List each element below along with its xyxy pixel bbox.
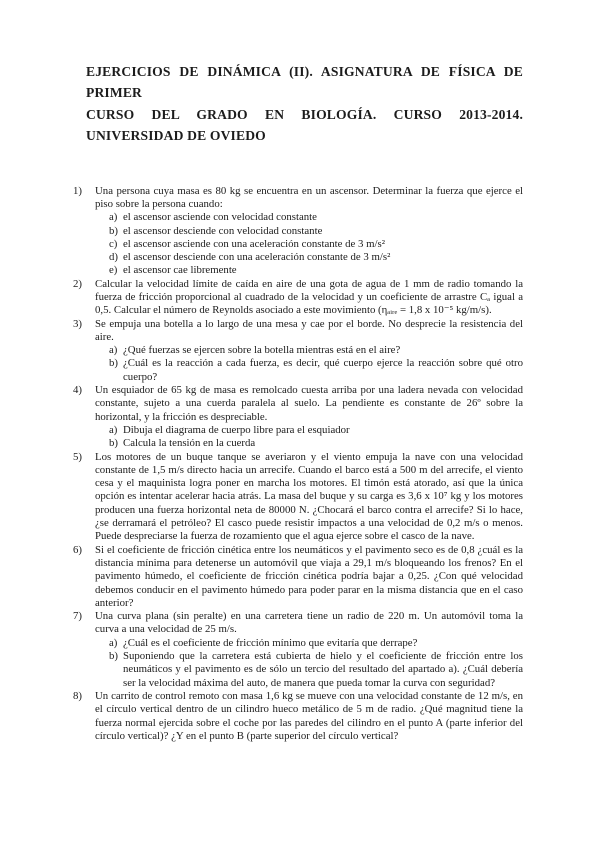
- problem-8: 8) Un carrito de control remoto con masa…: [73, 690, 523, 743]
- subitem-b: b) Calcula la tensión en la cuerda: [109, 437, 523, 450]
- problem-subitems: a) ¿Qué fuerzas se ejercen sobre la bote…: [95, 344, 523, 384]
- problem-subitems: a) ¿Cuál es el coeficiente de fricción m…: [95, 637, 523, 690]
- subitem-label: b): [109, 650, 118, 663]
- document-page: EJERCICIOS DE DINÁMICA (II). ASIGNATURA …: [0, 0, 599, 848]
- problem-subitems: a) el ascensor asciende con velocidad co…: [95, 211, 523, 277]
- subitem-text: el ascensor desciende con velocidad cons…: [123, 225, 523, 238]
- subitem-a: a) el ascensor asciende con velocidad co…: [109, 211, 523, 224]
- problem-number: 5): [73, 451, 82, 464]
- subitem-a: a) Dibuja el diagrama de cuerpo libre pa…: [109, 424, 523, 437]
- subitem-d: d) el ascensor desciende con una acelera…: [109, 251, 523, 264]
- subitem-label: c): [109, 238, 117, 251]
- problem-number: 6): [73, 544, 82, 557]
- problem-list: 1) Una persona cuya masa es 80 kg se enc…: [73, 185, 523, 743]
- subitem-label: a): [109, 344, 117, 357]
- problem-number: 7): [73, 610, 82, 623]
- subitem-text: el ascensor desciende con una aceleració…: [123, 251, 523, 264]
- subitem-text: ¿Qué fuerzas se ejercen sobre la botella…: [123, 344, 523, 357]
- subitem-label: e): [109, 264, 117, 277]
- problem-text: Un carrito de control remoto con masa 1,…: [95, 690, 523, 743]
- problem-text: Una curva plana (sin peralte) en una car…: [95, 610, 523, 637]
- problem-5: 5) Los motores de un buque tanque se ave…: [73, 451, 523, 544]
- problem-number: 1): [73, 185, 82, 198]
- problem-text: Un esquiador de 65 kg de masa es remolca…: [95, 384, 523, 424]
- subitem-text: ¿Cuál es el coeficiente de fricción míni…: [123, 637, 523, 650]
- subitem-text: ¿Cuál es la reacción a cada fuerza, es d…: [123, 357, 523, 384]
- subitem-label: b): [109, 437, 118, 450]
- problem-2: 2) Calcular la velocidad límite de caída…: [73, 278, 523, 318]
- document-title-line: EJERCICIOS DE DINÁMICA (II). ASIGNATURA …: [86, 61, 523, 104]
- subitem-text: Calcula la tensión en la cuerda: [123, 437, 523, 450]
- problem-text: Se empuja una botella a lo largo de una …: [95, 318, 523, 345]
- problem-number: 3): [73, 318, 82, 331]
- subitem-label: a): [109, 424, 117, 437]
- subitem-label: a): [109, 637, 117, 650]
- subitem-text: Suponiendo que la carretera está cubiert…: [123, 650, 523, 690]
- subitem-text: el ascensor asciende con una aceleración…: [123, 238, 523, 251]
- problem-4: 4) Un esquiador de 65 kg de masa es remo…: [73, 384, 523, 450]
- subitem-label: b): [109, 357, 118, 370]
- problem-1: 1) Una persona cuya masa es 80 kg se enc…: [73, 185, 523, 278]
- problem-7: 7) Una curva plana (sin peralte) en una …: [73, 610, 523, 690]
- problem-text: Los motores de un buque tanque se averia…: [95, 451, 523, 544]
- subitem-label: a): [109, 211, 117, 224]
- subitem-b: b) Suponiendo que la carretera está cubi…: [109, 650, 523, 690]
- subitem-a: a) ¿Qué fuerzas se ejercen sobre la bote…: [109, 344, 523, 357]
- document-title-line: UNIVERSIDAD DE OVIEDO: [86, 125, 523, 146]
- problem-text: Una persona cuya masa es 80 kg se encuen…: [95, 185, 523, 212]
- subitem-b: b) ¿Cuál es la reacción a cada fuerza, e…: [109, 357, 523, 384]
- problem-subitems: a) Dibuja el diagrama de cuerpo libre pa…: [95, 424, 523, 451]
- subitem-b: b) el ascensor desciende con velocidad c…: [109, 225, 523, 238]
- document-title: EJERCICIOS DE DINÁMICA (II). ASIGNATURA …: [86, 61, 523, 147]
- problem-text: Si el coeficiente de fricción cinética e…: [95, 544, 523, 610]
- subitem-text: el ascensor cae libremente: [123, 264, 523, 277]
- subitem-label: d): [109, 251, 118, 264]
- problem-text: Calcular la velocidad límite de caída en…: [95, 278, 523, 318]
- subitem-text: Dibuja el diagrama de cuerpo libre para …: [123, 424, 523, 437]
- problem-number: 4): [73, 384, 82, 397]
- subitem-a: a) ¿Cuál es el coeficiente de fricción m…: [109, 637, 523, 650]
- problem-number: 8): [73, 690, 82, 703]
- problem-number: 2): [73, 278, 82, 291]
- document-title-line: CURSO DEL GRADO EN BIOLOGÍA. CURSO 2013-…: [86, 104, 523, 125]
- problem-3: 3) Se empuja una botella a lo largo de u…: [73, 318, 523, 384]
- subitem-text: el ascensor asciende con velocidad const…: [123, 211, 523, 224]
- subitem-e: e) el ascensor cae libremente: [109, 264, 523, 277]
- subitem-label: b): [109, 225, 118, 238]
- problem-6: 6) Si el coeficiente de fricción cinétic…: [73, 544, 523, 610]
- subitem-c: c) el ascensor asciende con una acelerac…: [109, 238, 523, 251]
